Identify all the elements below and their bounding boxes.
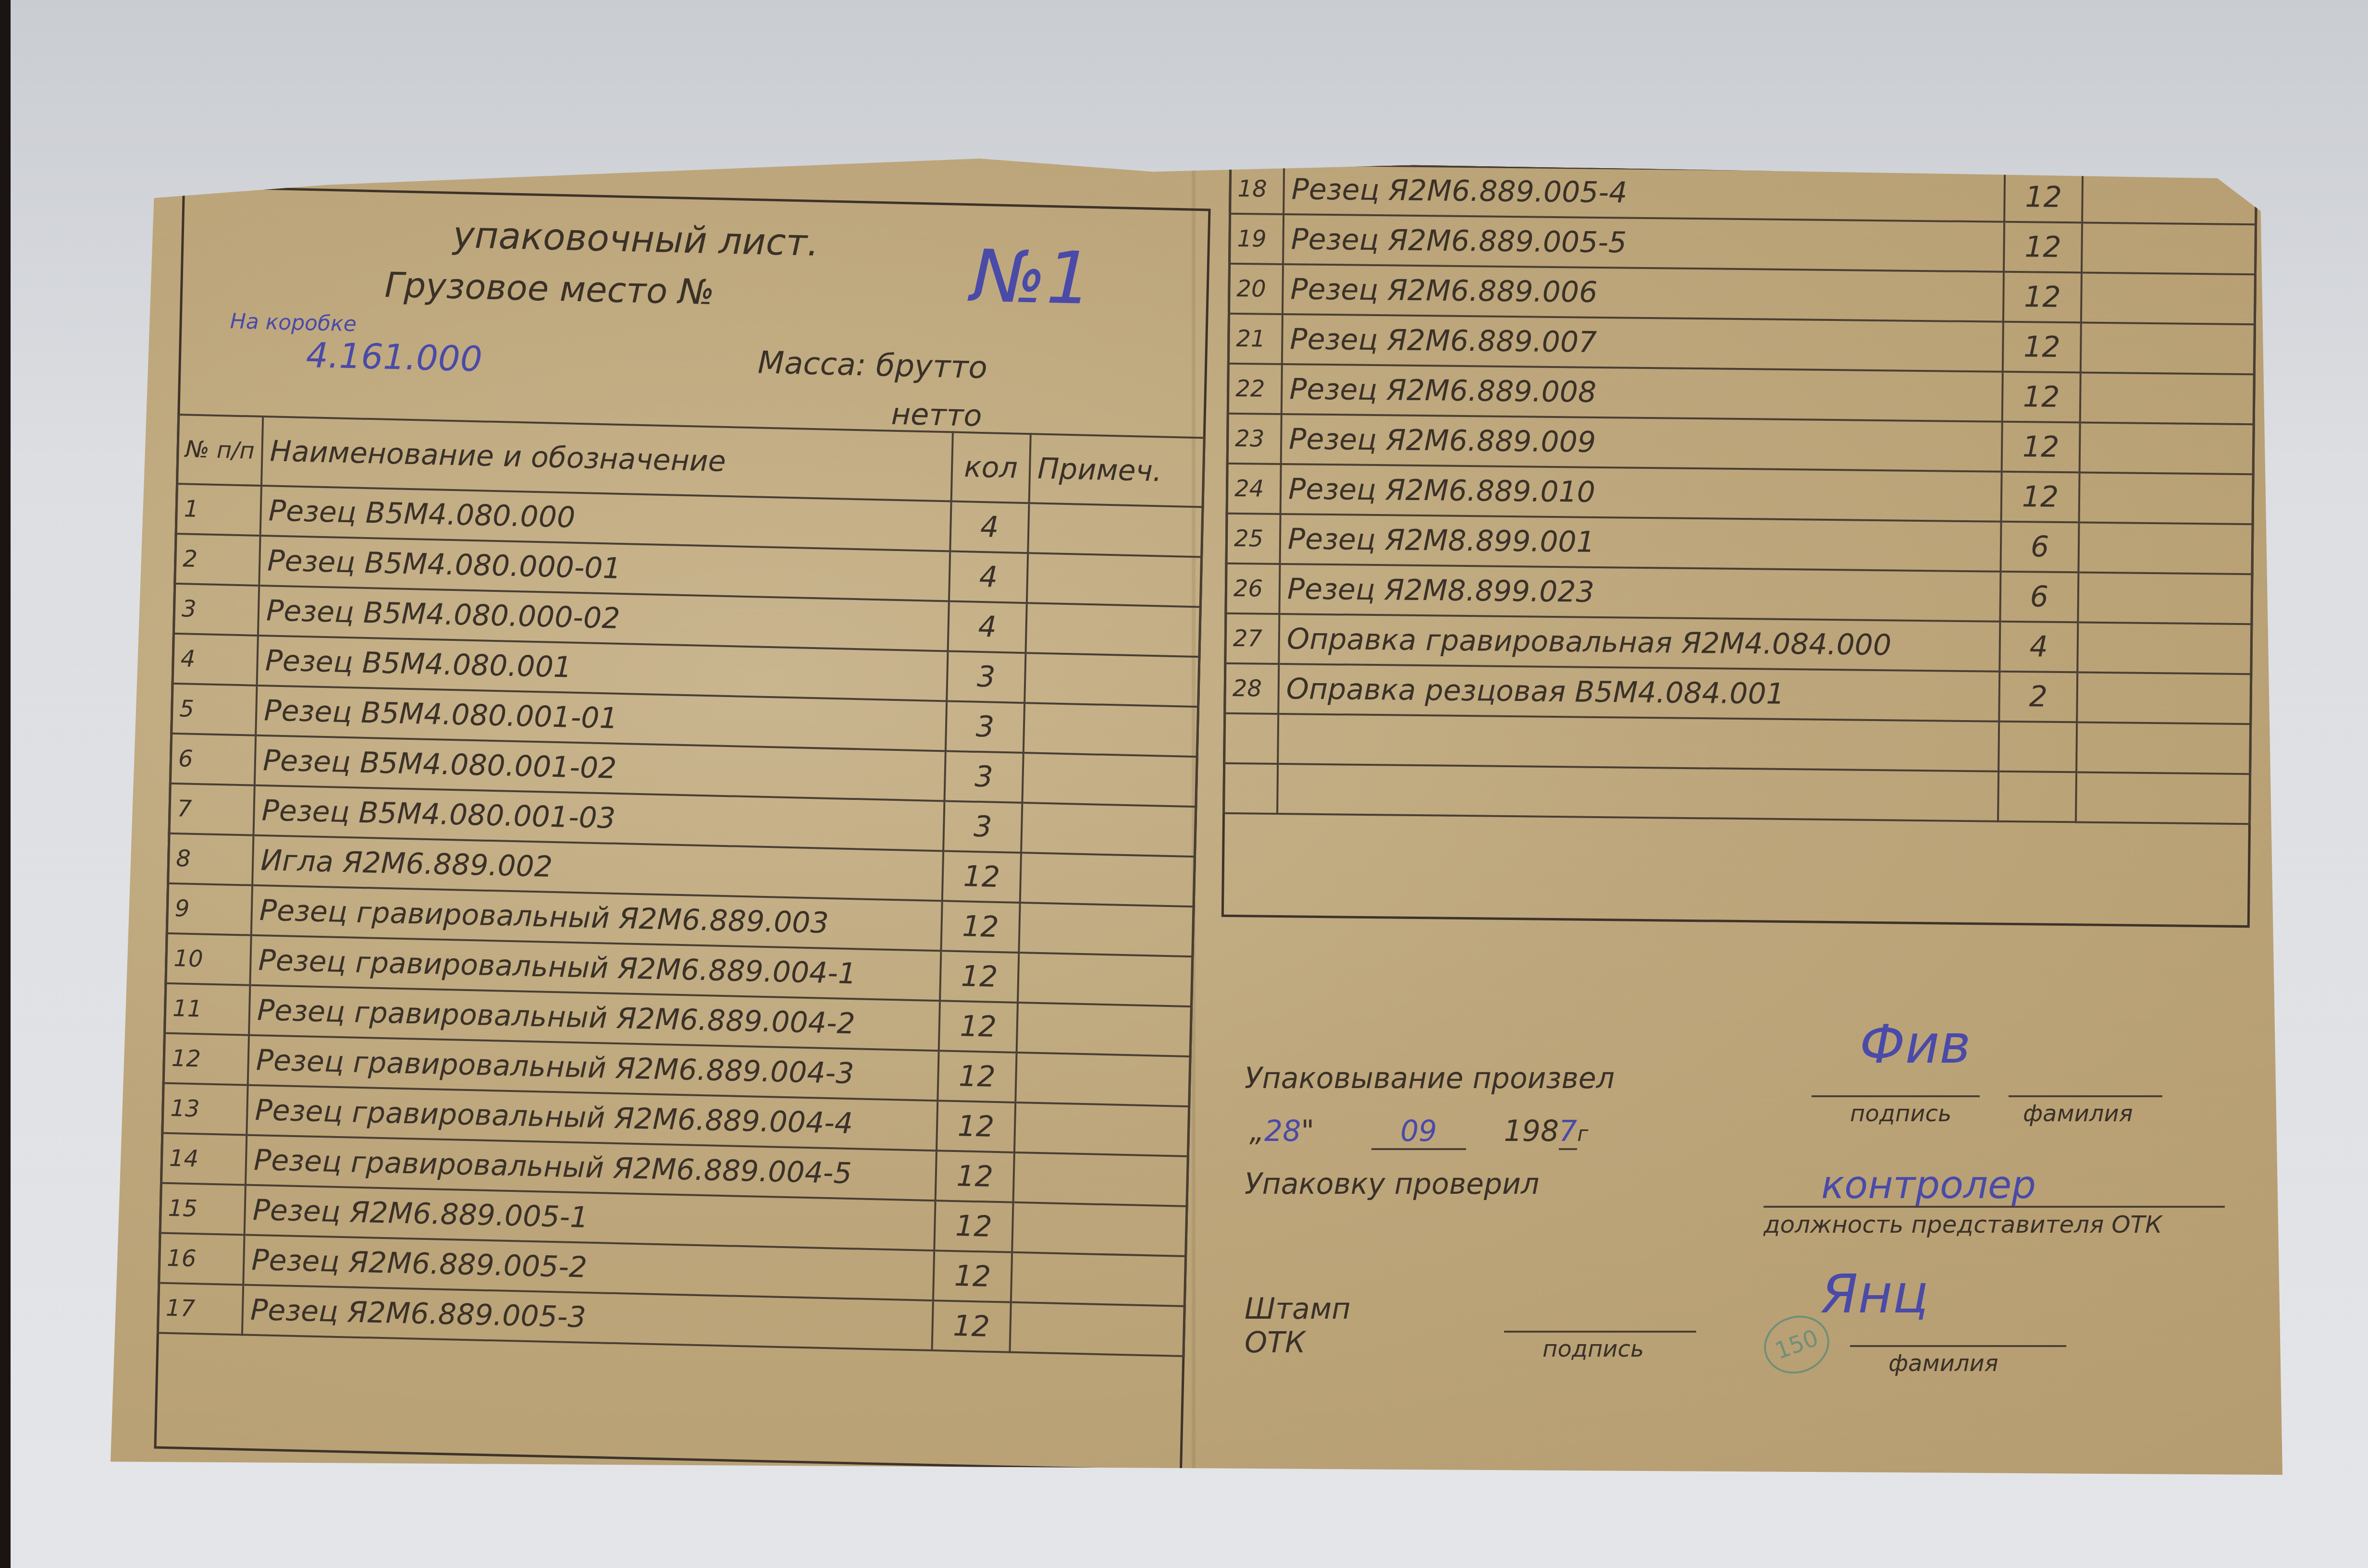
empty-cell	[2076, 772, 2250, 824]
box-number: 4.161.000	[306, 335, 482, 379]
item-qty: 12	[940, 951, 1019, 1003]
item-qty: 12	[939, 1001, 1018, 1053]
packer-signature-caption: подпись	[1850, 1100, 1951, 1127]
item-qty: 12	[941, 901, 1020, 953]
item-number: 9	[167, 883, 252, 935]
left-rows: 1Резец В5М4.080.00042Резец В5М4.080.000-…	[158, 484, 1203, 1356]
item-number: 7	[169, 784, 255, 835]
item-qty: 4	[949, 551, 1028, 603]
col-num-header: № п/п	[177, 415, 263, 486]
item-qty: 6	[2000, 522, 2079, 573]
item-number: 2	[174, 534, 260, 586]
item-note	[1028, 503, 1203, 557]
table-row-empty	[1223, 763, 2250, 824]
item-number: 1	[176, 484, 261, 536]
item-note	[2077, 622, 2252, 674]
document-title: упаковочный лист.	[453, 213, 819, 264]
empty-cell	[1277, 764, 1998, 821]
packing-list-sheet: упаковочный лист. Грузовое место № №1 На…	[111, 159, 2282, 1475]
item-number: 19	[1229, 214, 1283, 264]
item-note	[1021, 803, 1196, 857]
item-name: Резец Я2М8.899.001	[1280, 514, 2001, 572]
item-number: 21	[1228, 314, 1283, 364]
checked-by-label: Упаковку проверил	[1245, 1167, 1539, 1201]
item-note	[1022, 753, 1197, 807]
items-table-left: № п/п Наименование и обозначение кол При…	[157, 414, 1206, 1357]
item-number: 6	[170, 734, 256, 785]
item-number: 24	[1227, 464, 1281, 514]
item-note	[2078, 572, 2252, 624]
item-number: 15	[160, 1183, 246, 1235]
item-note	[1019, 903, 1194, 956]
item-number: 20	[1229, 264, 1283, 314]
item-number: 10	[165, 933, 251, 985]
item-note	[1010, 1302, 1184, 1356]
item-name: Резец Я2М6.889.005-5	[1283, 214, 2004, 272]
item-number: 14	[161, 1133, 247, 1185]
checker-position-line	[1764, 1206, 2225, 1208]
checker-position-caption: должность представителя ОТК	[1764, 1211, 2162, 1238]
left-page-frame: упаковочный лист. Грузовое место № №1 На…	[154, 185, 1210, 1472]
item-note	[1024, 653, 1199, 707]
item-note	[1012, 1202, 1187, 1256]
item-number: 8	[168, 833, 253, 885]
item-qty: 4	[1999, 622, 2078, 673]
col-qty-header: кол	[951, 432, 1031, 503]
item-note	[2082, 222, 2256, 274]
item-note	[2079, 472, 2254, 524]
item-note	[1013, 1152, 1188, 1206]
item-note	[1018, 953, 1193, 1006]
item-qty: 12	[2003, 322, 2081, 373]
date-day: 28	[1264, 1115, 1301, 1148]
stamp-surname-caption: фамилия	[1888, 1350, 1998, 1377]
empty-cell	[1224, 713, 1278, 764]
item-note	[1014, 1102, 1189, 1156]
item-number: 26	[1225, 563, 1280, 614]
item-note	[1015, 1053, 1190, 1106]
item-qty: 4	[948, 601, 1027, 653]
item-qty: 12	[2004, 222, 2082, 273]
item-note	[2080, 422, 2254, 474]
item-note	[2082, 172, 2257, 224]
item-note	[2078, 522, 2253, 574]
packer-signature: Фив	[1860, 1014, 1971, 1075]
mass-net-label: нетто	[891, 396, 982, 433]
item-qty: 12	[932, 1300, 1011, 1352]
item-number: 11	[164, 983, 250, 1035]
item-qty: 12	[942, 851, 1021, 903]
items-table-right: 18Резец Я2М6.889.005-41219Резец Я2М6.889…	[1222, 163, 2257, 825]
empty-cell	[2076, 722, 2251, 774]
item-number: 12	[163, 1033, 249, 1085]
item-name: Резец Я2М6.889.009	[1281, 414, 2002, 472]
item-qty: 2	[1999, 672, 2077, 723]
item-name: Резец Я2М6.889.006	[1283, 264, 2004, 322]
packer-signature-line	[1812, 1095, 1980, 1097]
item-qty: 12	[2003, 272, 2082, 323]
right-rows: 18Резец Я2М6.889.005-41219Резец Я2М6.889…	[1223, 164, 2257, 824]
stamp-signature-caption: подпись	[1542, 1335, 1644, 1362]
item-number: 27	[1225, 613, 1279, 664]
right-page-frame: 18Резец Я2М6.889.005-41219Резец Я2М6.889…	[1221, 163, 2257, 928]
sheet-number: №1	[970, 234, 1093, 321]
empty-cell	[1998, 772, 2076, 822]
item-number: 17	[158, 1283, 243, 1335]
item-note	[1017, 1003, 1192, 1056]
item-number: 3	[173, 584, 259, 636]
item-note	[2081, 272, 2256, 324]
photo-edge-shadow	[0, 0, 11, 1568]
item-qty: 12	[2001, 472, 2080, 523]
header-block: упаковочный лист. Грузовое место № №1 На…	[180, 188, 1208, 437]
item-note	[1025, 603, 1200, 657]
item-qty: 12	[937, 1051, 1016, 1102]
item-note	[1011, 1252, 1186, 1306]
packed-by-label: Упаковывание произвел	[1245, 1062, 1615, 1095]
item-qty: 3	[944, 751, 1023, 803]
item-qty: 3	[946, 701, 1024, 753]
item-note	[1024, 703, 1198, 757]
item-note	[1027, 553, 1202, 607]
empty-cell	[1278, 714, 1999, 772]
item-note	[1020, 853, 1195, 906]
checker-position: контролер	[1821, 1163, 2036, 1207]
item-number: 22	[1228, 364, 1282, 414]
item-number: 4	[173, 634, 258, 686]
item-number: 18	[1230, 164, 1284, 214]
mass-gross-label: Масса: брутто	[757, 345, 987, 386]
item-qty: 12	[2002, 422, 2080, 473]
item-number: 5	[171, 684, 257, 735]
item-name: Резец Я2М6.889.008	[1282, 364, 2003, 422]
item-qty: 12	[937, 1101, 1015, 1152]
item-name: Оправка гравировальная Я2М4.084.000	[1279, 614, 2000, 672]
cargo-place-label: Грузовое место №	[384, 265, 715, 313]
pack-date: „28" 09 1987г	[1249, 1115, 1588, 1148]
item-name: Оправка резцовая В5М4.084.001	[1278, 664, 1999, 722]
item-number: 25	[1226, 514, 1281, 564]
item-name: Резец Я2М6.889.005-4	[1283, 164, 2005, 222]
stamp-label: Штамп ОТК	[1245, 1292, 1341, 1360]
item-number: 13	[162, 1083, 247, 1135]
empty-cell	[1223, 763, 1278, 814]
item-name: Резец Я2М8.899.023	[1279, 564, 2000, 622]
item-note	[2080, 372, 2255, 424]
packer-surname-line	[2009, 1095, 2162, 1097]
item-qty: 6	[2000, 572, 2078, 623]
item-number: 28	[1224, 663, 1279, 714]
empty-cell	[1998, 722, 2077, 772]
item-qty: 12	[2002, 372, 2081, 423]
item-qty: 3	[947, 651, 1025, 703]
item-note	[2081, 322, 2255, 374]
item-qty: 4	[950, 502, 1029, 553]
item-number: 16	[159, 1233, 244, 1285]
date-month: 09	[1371, 1115, 1466, 1150]
packer-surname-caption: фамилия	[2023, 1100, 2133, 1127]
col-note-header: Примеч.	[1029, 434, 1205, 507]
item-qty: 12	[2004, 172, 2083, 223]
item-name: Резец Я2М6.889.010	[1281, 464, 2002, 522]
item-note	[2077, 672, 2251, 724]
item-qty: 12	[934, 1200, 1013, 1252]
stamp-signature-line	[1504, 1331, 1696, 1333]
box-label: На коробке	[230, 309, 357, 336]
item-name: Резец Я2М6.889.007	[1282, 314, 2003, 372]
item-qty: 12	[936, 1151, 1014, 1202]
checker-signature: Янц	[1821, 1263, 1928, 1325]
date-year-digit: 7	[1559, 1115, 1577, 1150]
item-qty: 3	[943, 801, 1022, 853]
item-number: 23	[1227, 414, 1282, 464]
stamp-surname-line	[1850, 1345, 2066, 1347]
item-qty: 12	[933, 1250, 1012, 1302]
